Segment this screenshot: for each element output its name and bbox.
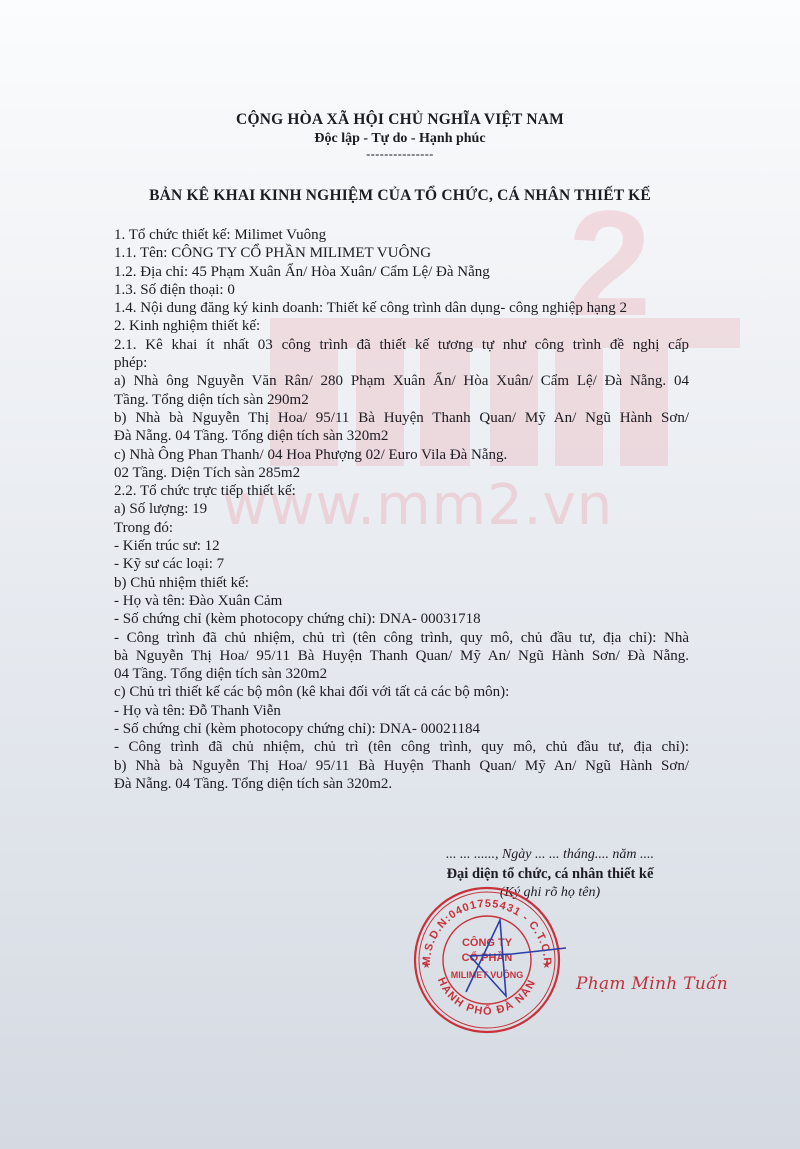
header-separator: --------------- <box>0 148 800 160</box>
body-line: b) Nhà bà Nguyễn Thị Hoa/ 95/11 Bà Huyện… <box>114 409 689 427</box>
body-line: - Số chứng chỉ (kèm photocopy chứng chỉ)… <box>114 720 689 738</box>
body-line: Tầng. Tổng diện tích sàn 290m2 <box>114 391 689 409</box>
company-stamp-icon: M.S.D.N:0401755431 - C.T.C.P THÀNH PHỐ Đ… <box>408 884 566 1036</box>
national-title: CỘNG HÒA XÃ HỘI CHỦ NGHĨA VIỆT NAM <box>0 110 800 130</box>
body-line: 1.4. Nội dung đăng ký kinh doanh: Thiết … <box>114 299 689 317</box>
body-line: 2.1. Kê khai ít nhất 03 công trình đã th… <box>114 336 689 354</box>
body-line: - Công trình đã chủ nhiệm, chủ trì (tên … <box>114 738 689 756</box>
document-body: 1. Tổ chức thiết kế: Milimet Vuông 1.1. … <box>114 226 689 793</box>
body-line: 02 Tầng. Diện Tích sàn 285m2 <box>114 464 689 482</box>
body-line: b) Chủ nhiệm thiết kế: <box>114 574 689 592</box>
body-line: 2.2. Tổ chức trực tiếp thiết kế: <box>114 482 689 500</box>
body-line: - Số chứng chỉ (kèm photocopy chứng chỉ)… <box>114 610 689 628</box>
svg-text:★: ★ <box>542 960 551 971</box>
body-line: 1.1. Tên: CÔNG TY CỔ PHẦN MILIMET VUÔNG <box>114 244 689 262</box>
body-line: Đà Nẵng. 04 Tầng. Tổng diện tích sàn 320… <box>114 775 689 793</box>
body-line: - Họ và tên: Đào Xuân Cảm <box>114 592 689 610</box>
national-motto: Độc lập - Tự do - Hạnh phúc <box>0 130 800 148</box>
body-line: Đà Nẵng. 04 Tầng. Tổng diện tích sàn 320… <box>114 427 689 445</box>
body-line: 2. Kinh nghiệm thiết kế: <box>114 317 689 335</box>
signer-name: Phạm Minh Tuấn <box>576 974 728 994</box>
document-header: CỘNG HÒA XÃ HỘI CHỦ NGHĨA VIỆT NAM Độc l… <box>0 110 800 160</box>
body-line: 04 Tầng. Tổng diện tích sàn 320m2 <box>114 665 689 683</box>
body-line: - Công trình đã chủ nhiệm, chủ trì (tên … <box>114 629 689 647</box>
body-line: 1.3. Số điện thoại: 0 <box>114 281 689 299</box>
body-line: c) Nhà Ông Phan Thanh/ 04 Hoa Phượng 02/… <box>114 446 689 464</box>
body-line: - Họ và tên: Đỗ Thanh Viễn <box>114 702 689 720</box>
svg-text:★: ★ <box>422 960 431 971</box>
stamp-inner-line-2: CỔ PHẦN <box>462 951 513 964</box>
body-line: b) Nhà bà Nguyễn Thị Hoa/ 95/11 Bà Huyện… <box>114 757 689 775</box>
body-line: bà Nguyễn Thị Hoa/ 95/11 Bà Huyện Thanh … <box>114 647 689 665</box>
body-line: a) Nhà ông Nguyễn Văn Rân/ 280 Phạm Xuân… <box>114 372 689 390</box>
body-line: Trong đó: <box>114 519 689 537</box>
body-line: phép: <box>114 354 689 372</box>
body-line: c) Chủ trì thiết kế các bộ môn (kê khai … <box>114 683 689 701</box>
date-line: ... ... ......, Ngày ... ... tháng.... n… <box>400 846 700 864</box>
body-line: a) Số lượng: 19 <box>114 500 689 518</box>
body-line: - Kỹ sư các loại: 7 <box>114 555 689 573</box>
representative-label: Đại diện tổ chức, cá nhân thiết kế <box>400 864 700 884</box>
body-line: 1. Tổ chức thiết kế: Milimet Vuông <box>114 226 689 244</box>
body-line: 1.2. Địa chỉ: 45 Phạm Xuân Ẩn/ Hòa Xuân/… <box>114 263 689 281</box>
document-title: BẢN KÊ KHAI KINH NGHIỆM CỦA TỔ CHỨC, CÁ … <box>0 187 800 205</box>
body-line: - Kiến trúc sư: 12 <box>114 537 689 555</box>
